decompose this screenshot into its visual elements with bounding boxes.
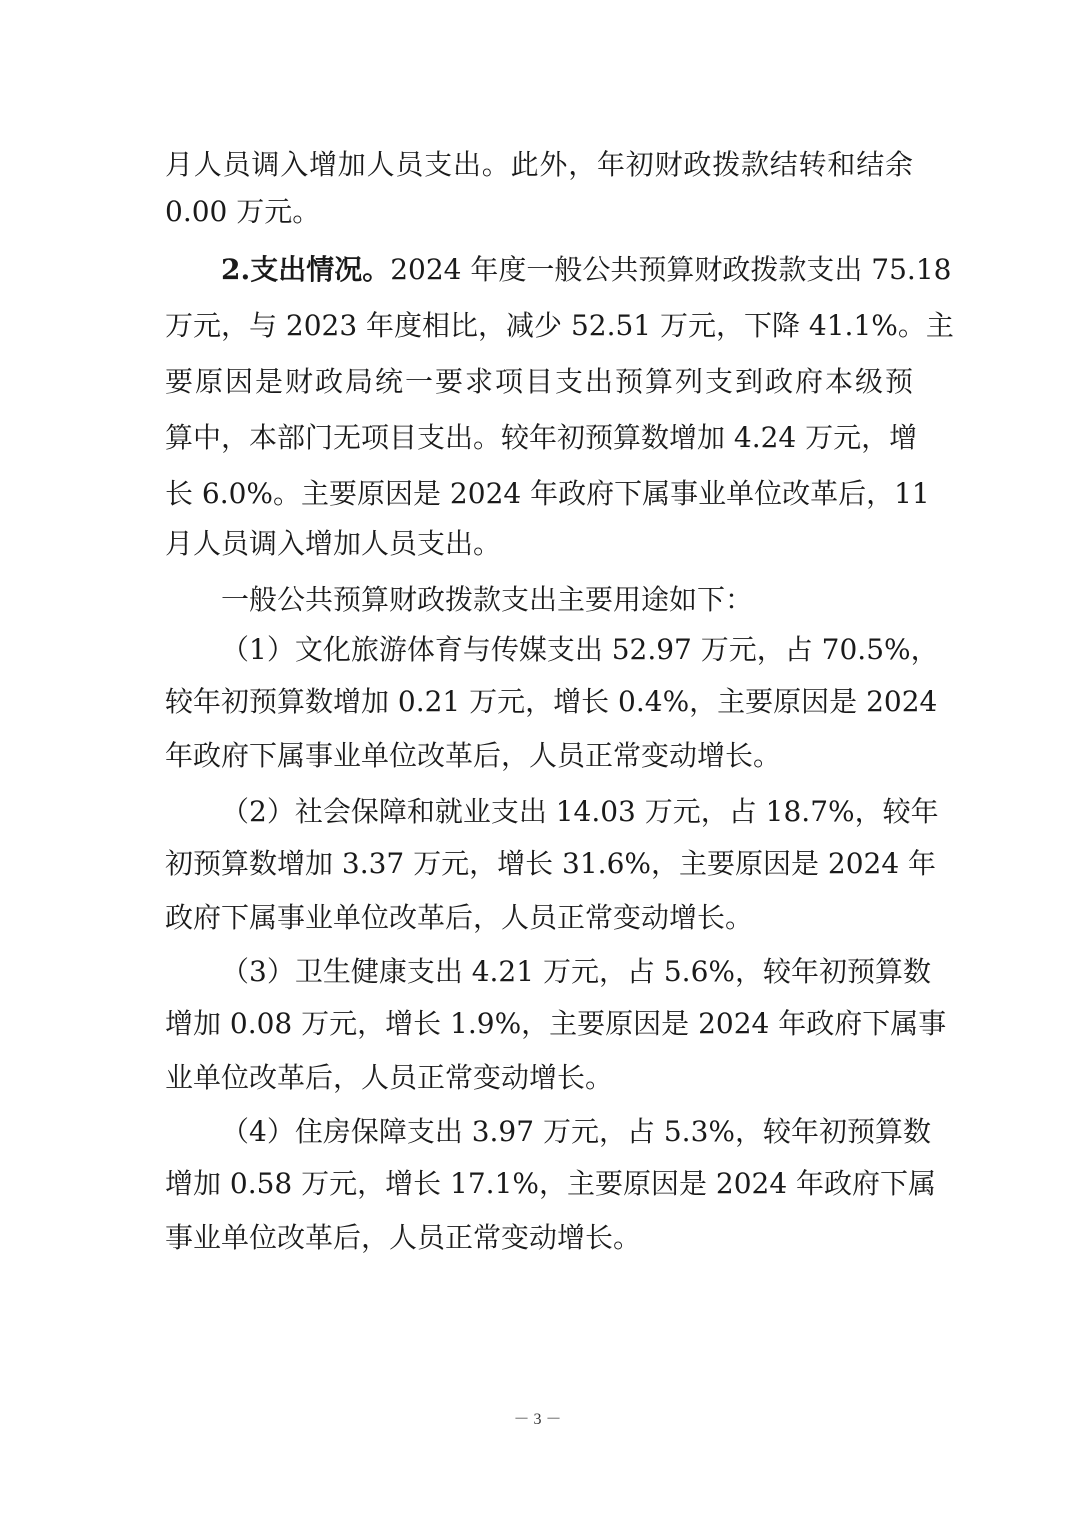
text-line: 业单位改革后，人员正常变动增长。 (165, 1058, 913, 1098)
section-heading: 2.支出情况。 (221, 253, 390, 286)
text-line: 要原因是财政局统一要求项目支出预算列支到政府本级预 (165, 362, 913, 402)
text-line: 0.00 万元。 (165, 192, 913, 232)
text-line: 政府下属事业单位改革后，人员正常变动增长。 (165, 898, 913, 938)
text-line: 较年初预算数增加 0.21 万元，增长 0.4%，主要原因是 2024 (165, 682, 913, 722)
text-line: 增加 0.08 万元，增长 1.9%，主要原因是 2024 年政府下属事 (165, 1004, 913, 1044)
document-page: 月人员调入增加人员支出。此外，年初财政拨款结转和结余 0.00 万元。 2.支出… (0, 0, 1075, 1520)
text-line: 事业单位改革后，人员正常变动增长。 (165, 1218, 913, 1258)
text-line: 2.支出情况。2024 年度一般公共预算财政拨款支出 75.18 (221, 250, 913, 290)
text-line: 月人员调入增加人员支出。 (165, 524, 913, 564)
text-line: 一般公共预算财政拨款支出主要用途如下： (221, 580, 913, 620)
text-line: （1）文化旅游体育与传媒支出 52.97 万元，占 70.5%， (221, 630, 913, 670)
page-number: － 3 － (0, 1410, 1075, 1430)
text-line: 增加 0.58 万元，增长 17.1%，主要原因是 2024 年政府下属 (165, 1164, 913, 1204)
text-line: 初预算数增加 3.37 万元，增长 31.6%，主要原因是 2024 年 (165, 844, 913, 884)
text-line: 长 6.0%。主要原因是 2024 年政府下属事业单位改革后，11 (165, 474, 913, 514)
text-line: 万元，与 2023 年度相比，减少 52.51 万元，下降 41.1%。主 (165, 306, 913, 346)
text-line: （2）社会保障和就业支出 14.03 万元，占 18.7%，较年 (221, 792, 913, 832)
text-span: 2024 年度一般公共预算财政拨款支出 75.18 (390, 253, 951, 286)
text-line: 月人员调入增加人员支出。此外，年初财政拨款结转和结余 (165, 145, 913, 185)
text-line: （3）卫生健康支出 4.21 万元，占 5.6%，较年初预算数 (221, 952, 913, 992)
text-line: （4）住房保障支出 3.97 万元，占 5.3%，较年初预算数 (221, 1112, 913, 1152)
text-line: 算中，本部门无项目支出。较年初预算数增加 4.24 万元，增 (165, 418, 913, 458)
text-line: 年政府下属事业单位改革后，人员正常变动增长。 (165, 736, 913, 776)
